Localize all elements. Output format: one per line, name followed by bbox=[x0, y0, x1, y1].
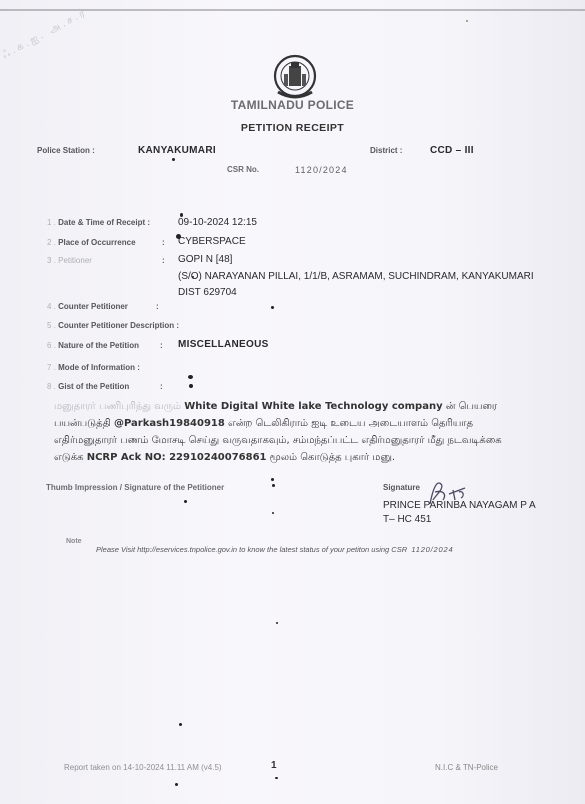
petitioner-address: (S/O) NARAYANAN PILLAI, 1/1/B, ASRAMAM, … bbox=[178, 271, 534, 282]
scan-speck bbox=[276, 622, 278, 624]
scan-speck bbox=[275, 777, 278, 779]
district-value: CCD – III bbox=[430, 145, 474, 156]
petition-receipt-page: ஃ.க.ஐ. அ.ச.ர TAMILNADU POLICE PETITION R… bbox=[0, 0, 585, 804]
gist-text: மனுதாரர் பணிபுரிந்து வரும் White Digital… bbox=[54, 398, 534, 466]
scan-speck bbox=[271, 478, 274, 481]
scan-speck bbox=[188, 375, 193, 379]
scan-speck bbox=[175, 783, 178, 786]
police-station-value: KANYAKUMARI bbox=[138, 145, 216, 156]
officer-id: T– HC 451 bbox=[383, 514, 431, 525]
note-text: Please Visit http://eservices.tnpolice.g… bbox=[96, 545, 453, 554]
scan-speck bbox=[179, 723, 182, 726]
scan-speck bbox=[466, 20, 468, 22]
brand-name: TAMILNADU POLICE bbox=[0, 98, 585, 112]
page-number: 1 bbox=[271, 760, 277, 771]
note-label: Note bbox=[66, 538, 82, 545]
officer-name: PRINCE PARINBA NAYAGAM P A bbox=[383, 500, 536, 511]
scan-speck bbox=[180, 213, 183, 217]
csr-label: CSR No. bbox=[227, 165, 259, 174]
scan-speck bbox=[272, 512, 274, 514]
tamilnadu-emblem-icon bbox=[270, 52, 320, 102]
page-title: PETITION RECEIPT bbox=[0, 122, 585, 134]
scan-speck bbox=[189, 384, 193, 388]
scan-speck bbox=[192, 276, 194, 278]
faint-handwriting: ஃ.க.ஐ. அ.ச.ர bbox=[0, 0, 125, 104]
scan-speck bbox=[172, 158, 175, 161]
csr-value: 1120/2024 bbox=[295, 165, 348, 175]
scan-speck bbox=[271, 306, 274, 309]
date-time-value: 09-10-2024 12:15 bbox=[178, 217, 257, 228]
officer-signature-label: Signature bbox=[383, 483, 420, 492]
report-timestamp: Report taken on 14-10-2024 11.11 AM (v4.… bbox=[64, 763, 222, 772]
nature-value: MISCELLANEOUS bbox=[178, 339, 269, 350]
police-station-label: Police Station : bbox=[37, 146, 95, 155]
footer-credit: N.I.C & TN-Police bbox=[435, 763, 498, 772]
scan-speck bbox=[176, 234, 181, 239]
scan-speck bbox=[184, 500, 187, 503]
petitioner-district: DIST 629704 bbox=[178, 287, 237, 298]
place-value: CYBERSPACE bbox=[178, 236, 246, 247]
district-label: District : bbox=[370, 146, 402, 155]
petitioner-signature-label: Thumb Impression / Signature of the Peti… bbox=[46, 483, 224, 492]
scan-speck bbox=[272, 484, 275, 487]
petitioner-name: GOPI N [48] bbox=[178, 254, 232, 265]
